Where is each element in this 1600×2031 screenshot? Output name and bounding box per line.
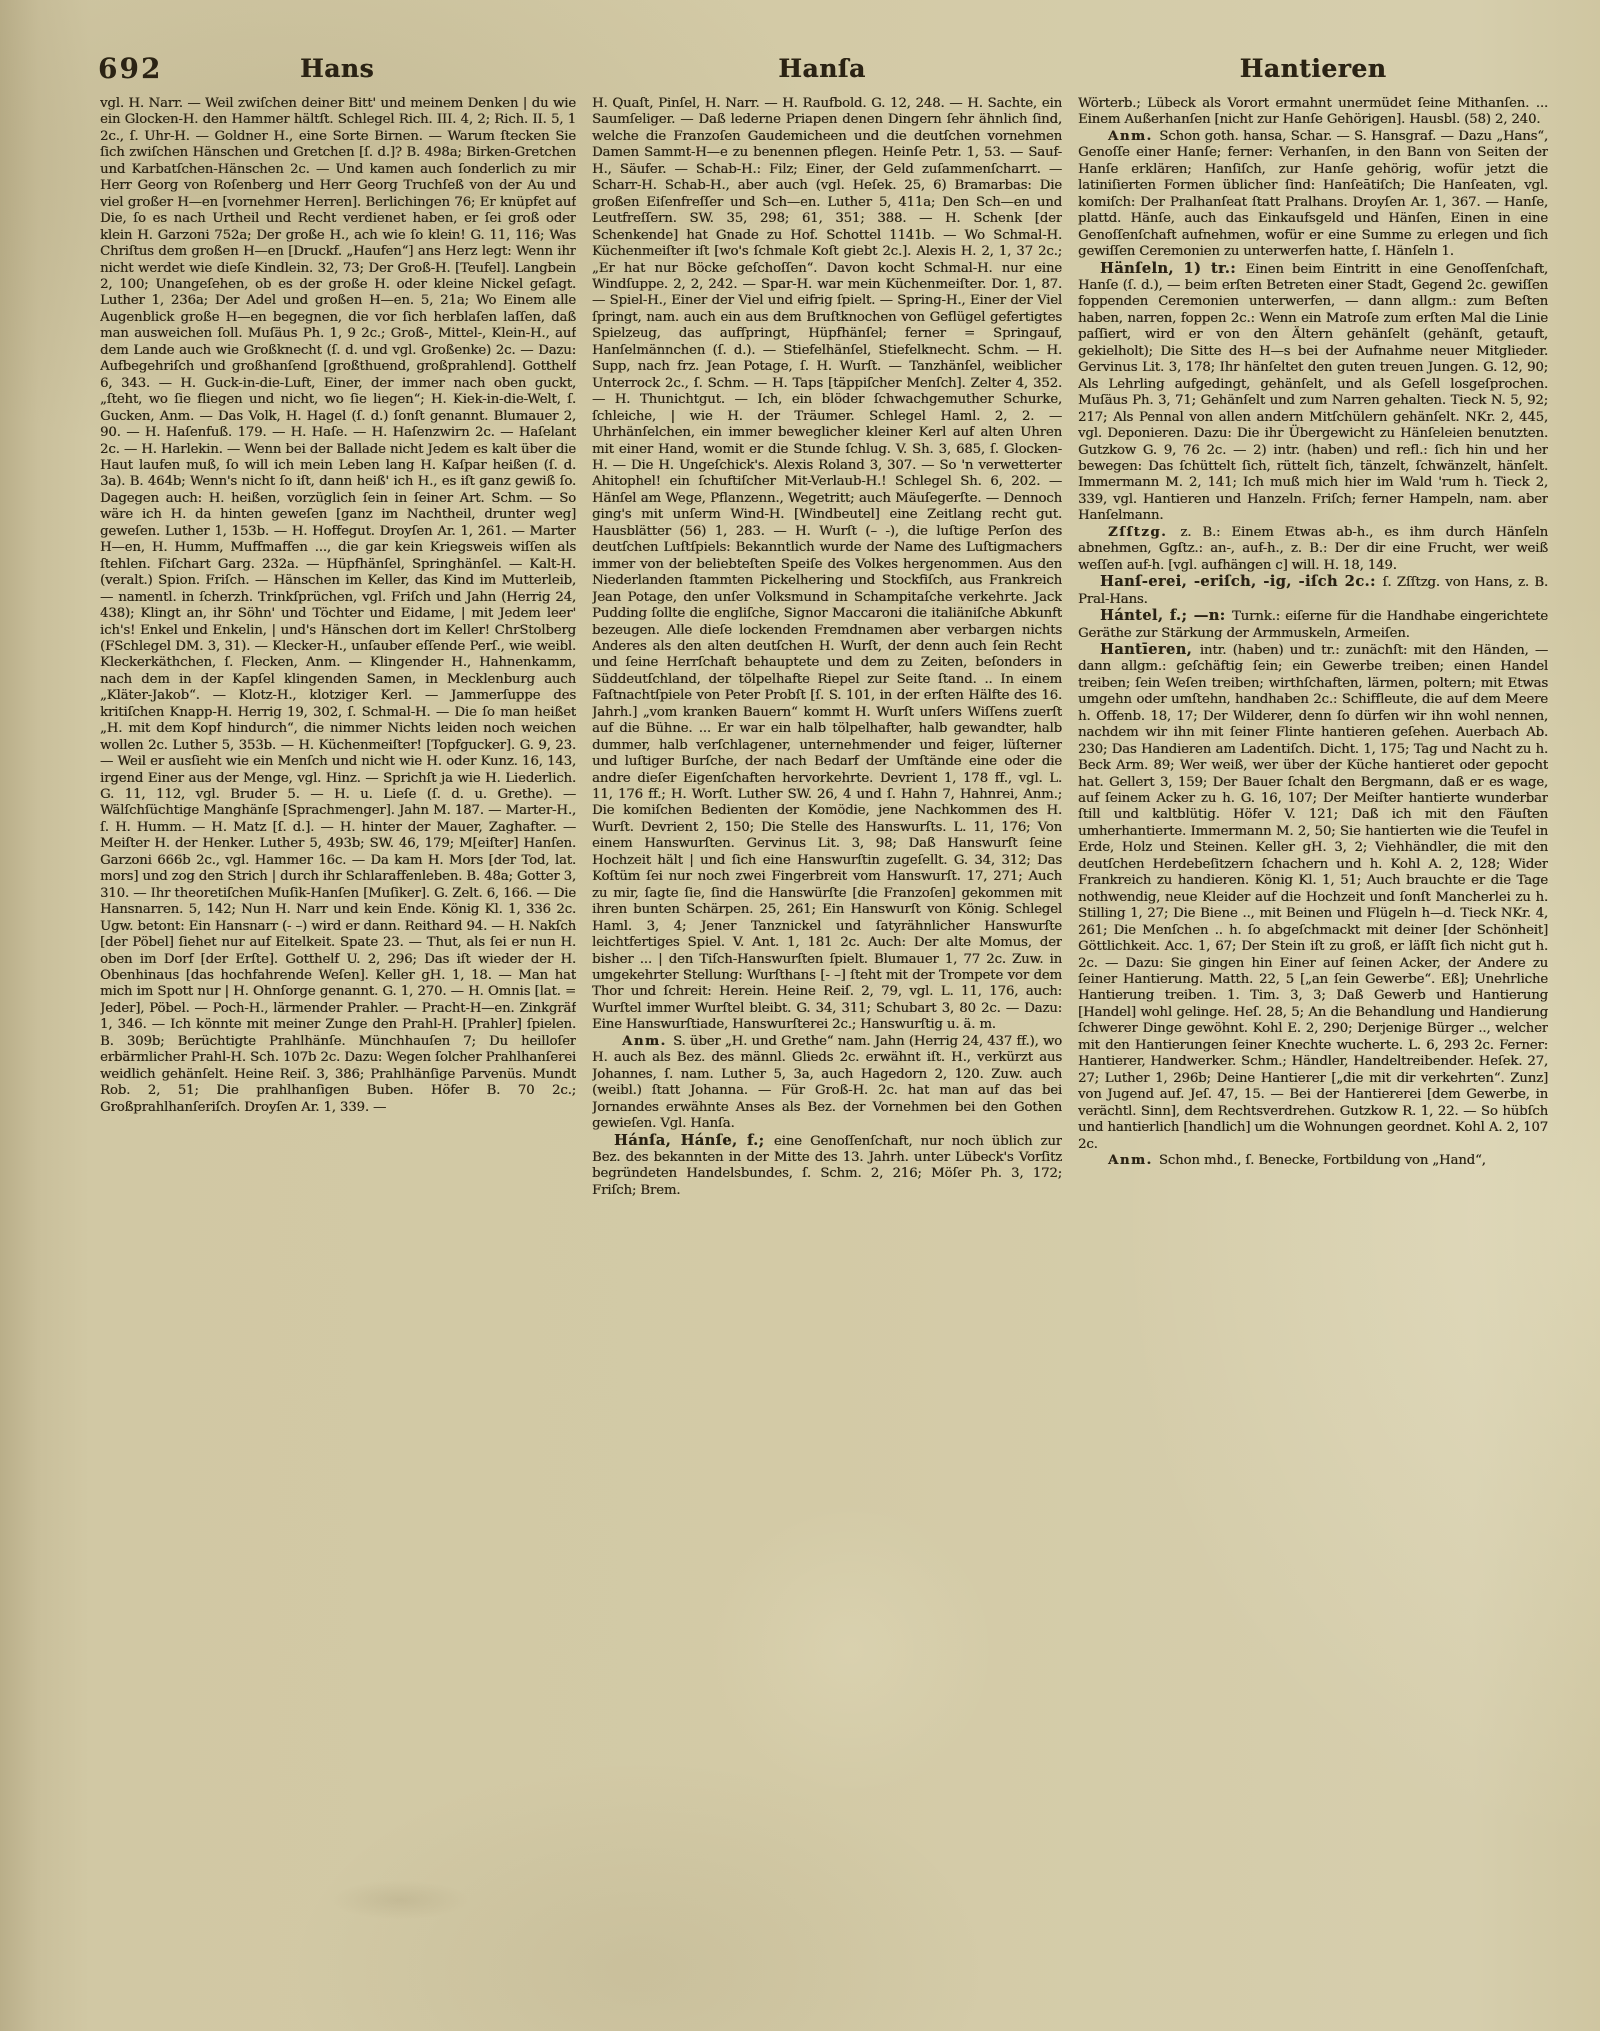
annotation-paragraph: Anm. Schon mhd., ſ. Benecke, Fortbildung…	[1078, 1153, 1548, 1169]
scanned-dictionary-page: { "page": { "number": "692", "running_he…	[0, 0, 1600, 2031]
running-head-left: Hans	[300, 54, 374, 83]
entry-headword: Hánſa, Hánſe, f.;	[614, 1132, 774, 1149]
dictionary-entry: Hántel, f.; —n: Turnk.: eiſerne für die …	[1078, 608, 1548, 642]
text-column-1: vgl. H. Narr. — Weil zwiſchen deiner Bit…	[100, 96, 576, 1896]
annotation-paragraph: Zſſtzg. z. B.: Einem Etwas ab-h., es ihm…	[1078, 525, 1548, 574]
text-column-2: H. Quaſt, Pinſel, H. Narr. — H. Raufbold…	[592, 96, 1062, 1896]
entry-headword: Hántel, f.; —n:	[1100, 607, 1232, 624]
text-column-3: Wörterb.; Lübeck als Vorort ermahnt uner…	[1078, 96, 1548, 1896]
page-header: 692 Hans Hanſa Hantieren	[0, 50, 1600, 94]
dictionary-entry: Hánſa, Hánſe, f.; eine Genoſſenſchaft, n…	[592, 1133, 1062, 1200]
entry-headword: Hantīeren,	[1100, 641, 1200, 658]
entry-headword: Anm.	[1108, 129, 1159, 144]
annotation-paragraph: Anm. S. über „H. und Grethe“ nam. Jahn (…	[592, 1034, 1062, 1133]
entry-headword: Anm.	[622, 1034, 673, 1049]
entry-continuation: vgl. H. Narr. — Weil zwiſchen deiner Bit…	[100, 96, 576, 1116]
running-head-right: Hantieren	[1240, 54, 1387, 83]
annotation-paragraph: Anm. Schon goth. hansa, Schar. — S. Hans…	[1078, 129, 1548, 261]
entry-continuation: H. Quaſt, Pinſel, H. Narr. — H. Raufbold…	[592, 96, 1062, 1034]
running-head-center: Hanſa	[778, 54, 865, 83]
entry-headword: Zſſtzg.	[1108, 525, 1180, 540]
dictionary-entry: Hanſ-erei, -eriſch, -ig, -iſch 2c.: ſ. Z…	[1078, 574, 1548, 608]
entry-headword: Anm.	[1108, 1153, 1159, 1168]
entry-continuation: Wörterb.; Lübeck als Vorort ermahnt uner…	[1078, 96, 1548, 129]
dictionary-entry: Hänſeln, 1) tr.: Einen beim Eintritt in …	[1078, 261, 1548, 525]
dictionary-entry: Hantīeren, intr. (haben) und tr.: zunäch…	[1078, 642, 1548, 1153]
page-number: 692	[98, 52, 162, 85]
entry-headword: Hanſ-erei, -eriſch, -ig, -iſch 2c.:	[1100, 573, 1383, 590]
entry-headword: Hänſeln, 1) tr.:	[1100, 260, 1246, 277]
